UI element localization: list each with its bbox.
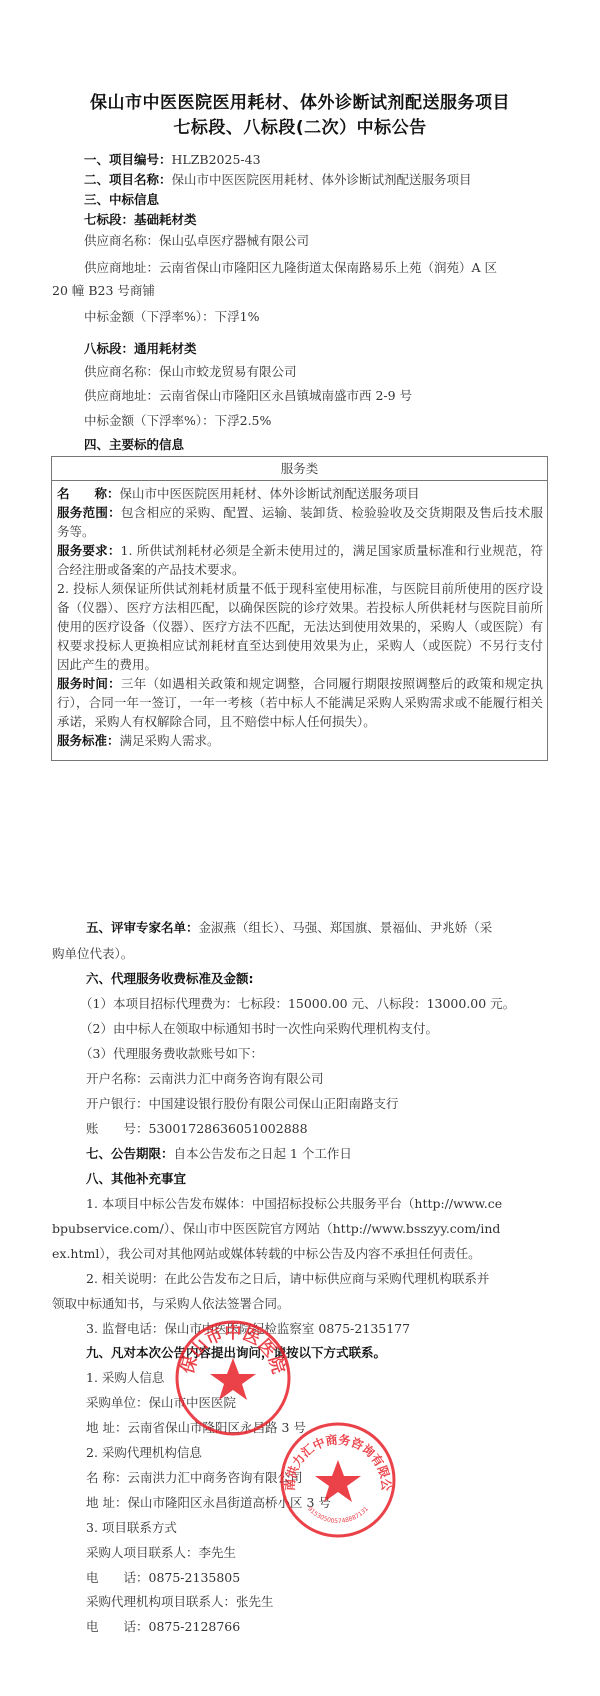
- announcement-page: 保山市中医医院医用耗材、体外诊断试剂配送服务项目 七标段、八标段(二次）中标公告…: [0, 0, 600, 1696]
- agency-heading: 2. 采购代理机构信息: [86, 1445, 202, 1461]
- other-item-2: 2. 相关说明：在此公告发布之日后，请中标供应商与采购代理机构联系并: [86, 1271, 489, 1287]
- purchaser-phone: 电 话：0875-2135805: [86, 1570, 240, 1586]
- section-experts-cont: 购单位代表）。: [52, 946, 133, 962]
- section-notice-period: 七、公告期限：自本公告发布之日起 1 个工作日: [86, 1146, 352, 1162]
- value: 保山市中医医院医用耗材、体外诊断试剂配送服务项目: [172, 172, 472, 187]
- other-item-2-cont: 领取中标通知书，与采购人依法签署合同。: [52, 1296, 290, 1312]
- fee-item-1: （1）本项目招标代理费为：七标段：15000.00 元、八标段：13000.00…: [80, 996, 515, 1012]
- row-requirements: 服务要求：1. 所供试剂耗材必须是全新未使用过的，满足国家质量标准和行业规范，符…: [57, 541, 543, 579]
- section-main-subject: 四、主要标的信息: [84, 437, 184, 453]
- agency-name: 名 称：云南洪力汇中商务咨询有限公司: [86, 1470, 302, 1486]
- table-body: 名 称：保山市中医医院医用耗材、体外诊断试剂配送服务项目 服务范围：包含相应的采…: [57, 484, 543, 750]
- account-name: 开户名称：云南洪力汇中商务咨询有限公司: [86, 1071, 324, 1087]
- lot7-amount: 中标金额（下浮率%）：下浮1%: [84, 309, 259, 325]
- label: 一、项目编号：: [84, 152, 172, 167]
- contact-heading: 3. 项目联系方式: [86, 1520, 177, 1536]
- section-experts: 五、评审专家名单：金淑燕（组长）、马强、郑国旗、景福仙、尹兆娇（采: [86, 920, 492, 936]
- value: HLZB2025-43: [172, 152, 261, 167]
- lot8-supplier-name: 供应商名称：保山市蛟龙贸易有限公司: [84, 364, 297, 380]
- fee-item-2: （2）由中标人在领取中标通知书时一次性向采购代理机构支付。: [80, 1021, 438, 1037]
- service-info-table: 服务类 名 称：保山市中医医院医用耗材、体外诊断试剂配送服务项目 服务范围：包含…: [51, 456, 548, 761]
- agency-phone: 电 话：0875-2128766: [86, 1619, 240, 1635]
- hospital-seal-icon: 保山市中医医院: [173, 1318, 293, 1438]
- svg-text:915305005748887131: 915305005748887131: [306, 1505, 370, 1525]
- fee-item-3: （3）代理服务费收款账号如下：: [80, 1046, 263, 1062]
- agency-seal-icon: 云南洪力汇中商务咨询有限公司 915305005748887131: [278, 1420, 398, 1540]
- other-item-1-cont2: ex.html），我公司对其他网站或媒体转载的中标公告及内容不承担任何责任。: [52, 1246, 481, 1262]
- lot7-supplier-address-cont: 20 幢 B23 号商铺: [52, 283, 155, 299]
- other-item-1: 1. 本项目中标公告发布媒体：中国招标投标公共服务平台（http://www.c…: [86, 1196, 502, 1212]
- other-item-1-cont: bpubservice.com/）、保山市中医医院官方网站（http://www…: [52, 1221, 500, 1237]
- lot7-supplier-name: 供应商名称：保山弘卓医疗器械有限公司: [84, 233, 309, 249]
- row-time: 服务时间：三年（如遇相关政策和规定调整，合同履行期限按照调整后的政策和规定执行）…: [57, 674, 543, 731]
- account-number: 账 号：53001728636051002888: [86, 1121, 308, 1137]
- lot8-supplier-address: 供应商地址：云南省保山市隆阳区永昌镇城南盛市西 2-9 号: [84, 388, 412, 404]
- section-agency-fee: 六、代理服务收费标准及金额:: [86, 971, 254, 987]
- lot7-heading: 七标段：基础耗材类: [84, 212, 197, 228]
- section-other-matters: 八、其他补充事宜: [86, 1171, 186, 1187]
- lot7-supplier-address: 供应商地址：云南省保山市隆阳区九隆街道太保南路易乐上苑（润苑）A 区: [84, 260, 497, 276]
- lot8-amount: 中标金额（下浮率%）：下浮2.5%: [84, 413, 271, 429]
- title-line-1: 保山市中医医院医用耗材、体外诊断试剂配送服务项目: [0, 88, 600, 113]
- agency-contact: 采购代理机构项目联系人：张先生: [86, 1594, 274, 1610]
- lot8-heading: 八标段：通用耗材类: [84, 341, 197, 357]
- title-line-2: 七标段、八标段(二次）中标公告: [0, 113, 600, 138]
- purchaser-contact: 采购人项目联系人：李先生: [86, 1545, 236, 1561]
- row-requirements-2: 2. 投标人须保证所供试剂耗材质量不低于现科室使用标准，与医院目前所使用的医疗设…: [57, 579, 543, 674]
- account-bank: 开户银行：中国建设银行股份有限公司保山正阳南路支行: [86, 1096, 399, 1112]
- row-name: 名 称：保山市中医医院医用耗材、体外诊断试剂配送服务项目: [57, 484, 543, 503]
- row-scope: 服务范围：包含相应的采购、配置、运输、装卸货、检验验收及交货期限及售后技术服务等…: [57, 503, 543, 541]
- row-standard: 服务标准：满足采购人需求。: [57, 731, 543, 750]
- purchaser-heading: 1. 采购人信息: [86, 1370, 164, 1386]
- table-header: 服务类: [52, 457, 547, 481]
- label: 二、项目名称：: [84, 172, 172, 187]
- section-winning-info: 三、中标信息: [84, 192, 159, 208]
- section-project-name: 二、项目名称：保山市中医医院医用耗材、体外诊断试剂配送服务项目: [84, 172, 472, 188]
- section-project-number: 一、项目编号：HLZB2025-43: [84, 152, 261, 168]
